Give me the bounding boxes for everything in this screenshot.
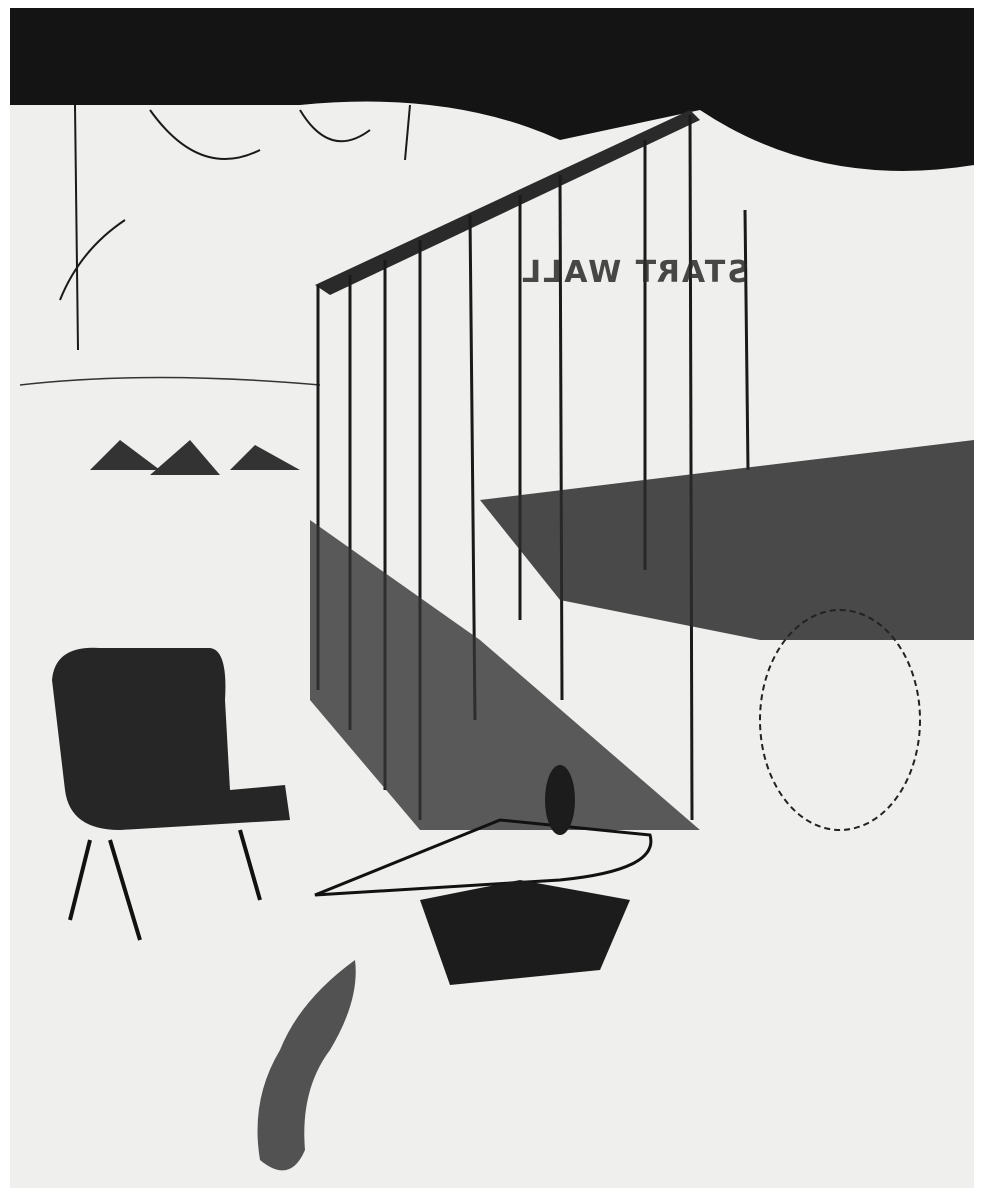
shrub xyxy=(760,610,920,830)
tents xyxy=(90,440,300,475)
pavilion-sign: START WALL xyxy=(520,255,749,290)
lounge-chair xyxy=(52,648,290,940)
canopy xyxy=(10,8,974,171)
ink-stain xyxy=(258,960,356,1170)
hanging-vines xyxy=(60,105,410,350)
etching-artwork xyxy=(0,0,983,1200)
